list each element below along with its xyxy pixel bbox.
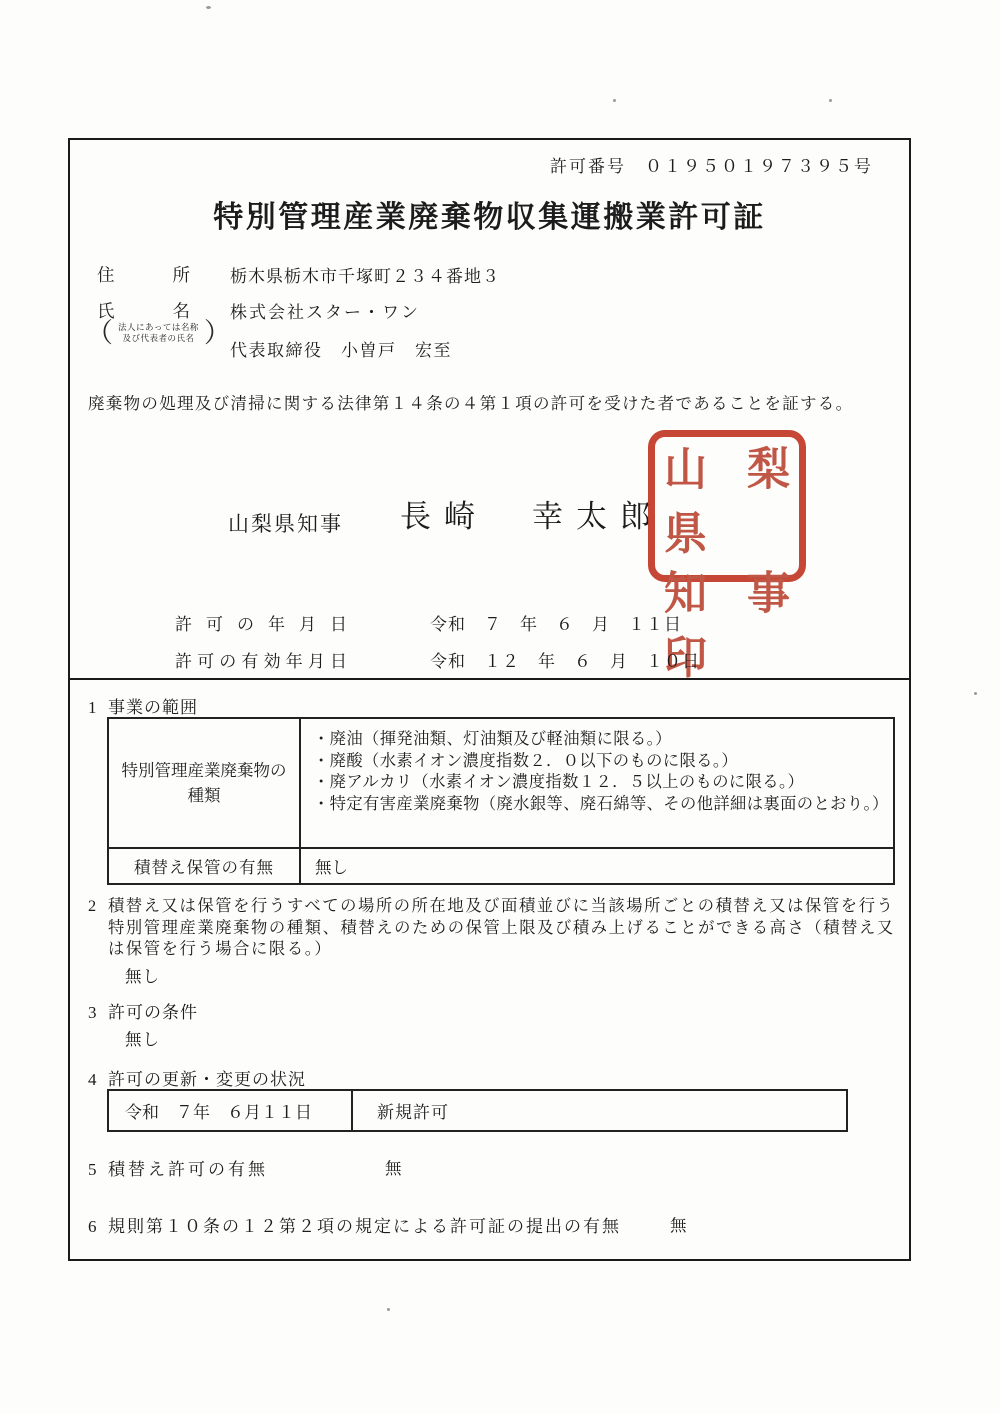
certificate-border: 許可番号 ０１９５０１９７３９５号 特別管理産業廃棄物収集運搬業許可証 住所 栃… bbox=[68, 138, 911, 1261]
permit-number: 許可番号 ０１９５０１９７３９５号 bbox=[550, 152, 873, 177]
waste-item: ・廃油（揮発油類、灯油類及び軽油類に限る。） bbox=[313, 728, 889, 750]
section-2-number: 2 bbox=[88, 895, 96, 917]
section-5-number: 5 bbox=[88, 1160, 108, 1180]
expiry-date-label: 許可の有効年月日 bbox=[175, 647, 347, 672]
transfer-storage-value-cell: 無し bbox=[301, 849, 893, 883]
waste-type-items-cell: ・廃油（揮発油類、灯油類及び軽油類に限る。） ・廃酸（水素イオン濃度指数２．０以… bbox=[301, 719, 893, 849]
section-4-title: 許可の更新・変更の状況 bbox=[108, 1070, 306, 1089]
waste-item: ・廃アルカリ（水素イオン濃度指数１２．５以上のものに限る。） bbox=[313, 771, 889, 793]
section-5-value: 無 bbox=[385, 1155, 403, 1179]
certification-statement: 廃棄物の処理及び清掃に関する法律第１４条の４第１項の許可を受けた者であることを証… bbox=[88, 390, 853, 414]
section-2: 2 積替え又は保管を行うすべての場所の所在地及び面積並びに当該場所ごとの積替え又… bbox=[88, 895, 902, 960]
section-6-value: 無 bbox=[670, 1212, 688, 1236]
scan-speck bbox=[974, 692, 977, 695]
scan-speck bbox=[387, 1308, 390, 1311]
seal-row-2: 知事印 bbox=[664, 563, 790, 692]
section-6-title: 規則第１０条の１２第２項の規定による許可証の提出の有無 bbox=[108, 1217, 621, 1236]
open-paren: （ bbox=[86, 316, 113, 350]
section-3-title: 許可の条件 bbox=[108, 1003, 198, 1022]
waste-item: ・廃酸（水素イオン濃度指数２．０以下のものに限る。） bbox=[313, 750, 889, 772]
waste-item: ・特定有害産業廃棄物（廃水銀等、廃石綿等、その他詳細は裏面のとおり。） bbox=[313, 793, 889, 815]
scanned-certificate-page: 許可番号 ０１９５０１９７３９５号 特別管理産業廃棄物収集運搬業許可証 住所 栃… bbox=[0, 0, 1000, 1413]
note-line-1: 法人にあっては名称 bbox=[118, 322, 199, 333]
permit-date-label: 許可の年月日 bbox=[175, 610, 347, 635]
section-2-value: 無し bbox=[125, 963, 160, 987]
permit-date-value: 令和 ７ 年 ６ 月 １１日 bbox=[430, 610, 682, 635]
section-4-heading: 4許可の更新・変更の状況 bbox=[88, 1065, 306, 1090]
scan-speck bbox=[829, 99, 832, 102]
section-3-heading: 3許可の条件 bbox=[88, 998, 198, 1023]
section-divider-line bbox=[68, 678, 911, 680]
scan-speck bbox=[206, 6, 211, 9]
section-6-number: 6 bbox=[88, 1217, 108, 1237]
certificate-title: 特別管理産業廃棄物収集運搬業許可証 bbox=[70, 192, 909, 236]
renewal-history-table: 令和 ７年 ６月１１日 新規許可 bbox=[107, 1089, 848, 1132]
close-paren: ） bbox=[204, 316, 231, 350]
renewal-date-cell: 令和 ７年 ６月１１日 bbox=[109, 1091, 353, 1130]
section-5-title: 積替え許可の有無 bbox=[108, 1160, 268, 1179]
address-value: 栃木県栃木市千塚町２３４番地３ bbox=[230, 262, 500, 287]
section-2-title: 積替え又は保管を行うすべての場所の所在地及び面積並びに当該場所ごとの積替え又は保… bbox=[88, 895, 902, 960]
section-1-number: 1 bbox=[88, 698, 108, 718]
governor-seal-stamp: 山梨県 知事印 bbox=[648, 430, 806, 582]
transfer-storage-label-cell: 積替え保管の有無 bbox=[109, 849, 301, 883]
name-value: 株式会社スター・ワン bbox=[230, 298, 420, 323]
section-4-number: 4 bbox=[88, 1070, 108, 1090]
waste-type-header-cell: 特別管理産業廃棄物の種類 bbox=[109, 719, 301, 849]
section-3-number: 3 bbox=[88, 1003, 108, 1023]
note-line-2: 及び代表者の氏名 bbox=[118, 333, 199, 344]
governor-name: 長崎 幸太郎 bbox=[400, 491, 664, 536]
renewal-action-cell: 新規許可 bbox=[353, 1091, 846, 1130]
representative-name: 代表取締役 小曽戸 宏至 bbox=[230, 336, 452, 361]
business-scope-table: 特別管理産業廃棄物の種類 ・廃油（揮発油類、灯油類及び軽油類に限る。） ・廃酸（… bbox=[107, 717, 895, 885]
address-label: 住所 bbox=[97, 262, 190, 287]
governor-title: 山梨県知事 bbox=[228, 508, 343, 538]
scan-speck bbox=[613, 99, 616, 102]
section-1-heading: 1事業の範囲 bbox=[88, 693, 198, 718]
expiry-date-value: 令和 １２ 年 ６ 月 １０日 bbox=[430, 647, 700, 672]
note-lines: 法人にあっては名称 及び代表者の氏名 bbox=[118, 322, 199, 344]
corporate-name-note: （ 法人にあっては名称 及び代表者の氏名 ） bbox=[86, 316, 231, 350]
section-3-value: 無し bbox=[125, 1026, 160, 1050]
section-6-heading: 6規則第１０条の１２第２項の規定による許可証の提出の有無 bbox=[88, 1212, 621, 1237]
seal-row-1: 山梨県 bbox=[664, 439, 790, 568]
section-5-heading: 5積替え許可の有無 bbox=[88, 1155, 268, 1180]
section-1-title: 事業の範囲 bbox=[108, 698, 198, 717]
